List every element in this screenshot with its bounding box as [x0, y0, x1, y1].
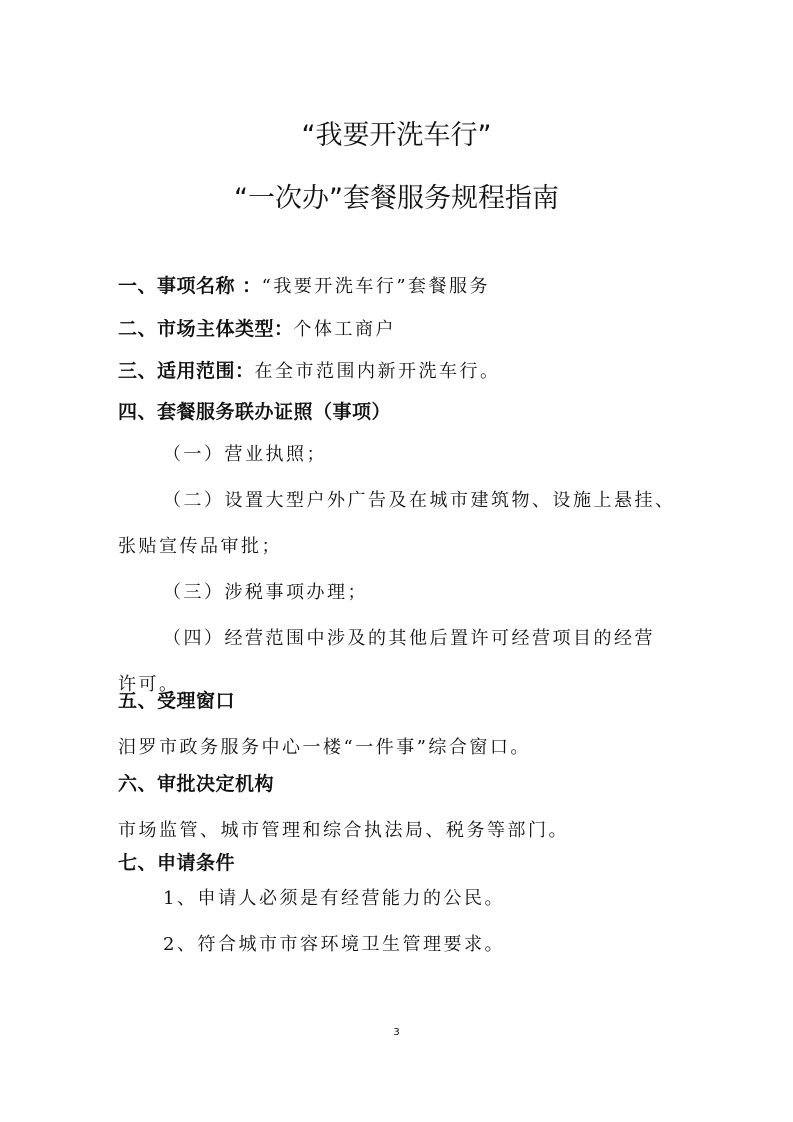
license-item: （二）设置大型户外广告及在城市建筑物、设施上悬挂、	[163, 486, 676, 512]
section-scope: 三、适用范围：在全市范围内新开洗车行。	[118, 356, 501, 383]
section-text: “我要开洗车行”套餐服务	[262, 276, 490, 297]
section-heading: 六、审批决定机构	[118, 773, 274, 795]
license-item: （三）涉税事项办理；	[163, 578, 368, 604]
license-item: （四）经营范围中涉及的其他后置许可经营项目的经营	[163, 624, 655, 650]
section-text: 在全市范围内新开洗车行。	[255, 361, 501, 382]
section-window: 五、受理窗口	[118, 686, 235, 713]
section-item-name: 一、事项名称 ：“我要开洗车行”套餐服务	[118, 271, 490, 298]
license-item-continued: 张贴宣传品审批；	[118, 532, 282, 558]
section-heading: 五、受理窗口	[118, 690, 235, 712]
section-heading: 一、事项名称 ：	[118, 275, 262, 297]
document-title-line1: “我要开洗车行”	[0, 113, 793, 152]
document-title-line2: “一次办”套餐服务规程指南	[0, 176, 793, 215]
section-entity-type: 二、市场主体类型：个体工商户	[118, 314, 396, 341]
license-item: （一）营业执照；	[163, 440, 327, 466]
condition-item: 2、符合城市市容环境卫生管理要求。	[163, 930, 505, 956]
section-heading: 七、申请条件	[118, 852, 235, 874]
page-number: 3	[0, 1027, 793, 1038]
section-heading: 三、适用范围：	[118, 360, 255, 382]
section-heading: 二、市场主体类型：	[118, 318, 294, 340]
section-text: 市场监管、城市管理和综合执法局、税务等部门。	[118, 816, 569, 842]
section-heading: 四、套餐服务联办证照（事项）	[118, 401, 391, 423]
section-text: 个体工商户	[294, 319, 397, 340]
section-licenses: 四、套餐服务联办证照（事项）	[118, 397, 391, 424]
section-text: 汨罗市政务服务中心一楼“一件事”综合窗口。	[118, 733, 531, 759]
section-authority: 六、审批决定机构	[118, 769, 274, 796]
section-conditions: 七、申请条件	[118, 848, 235, 875]
condition-item: 1、申请人必须是有经营能力的公民。	[163, 884, 505, 910]
